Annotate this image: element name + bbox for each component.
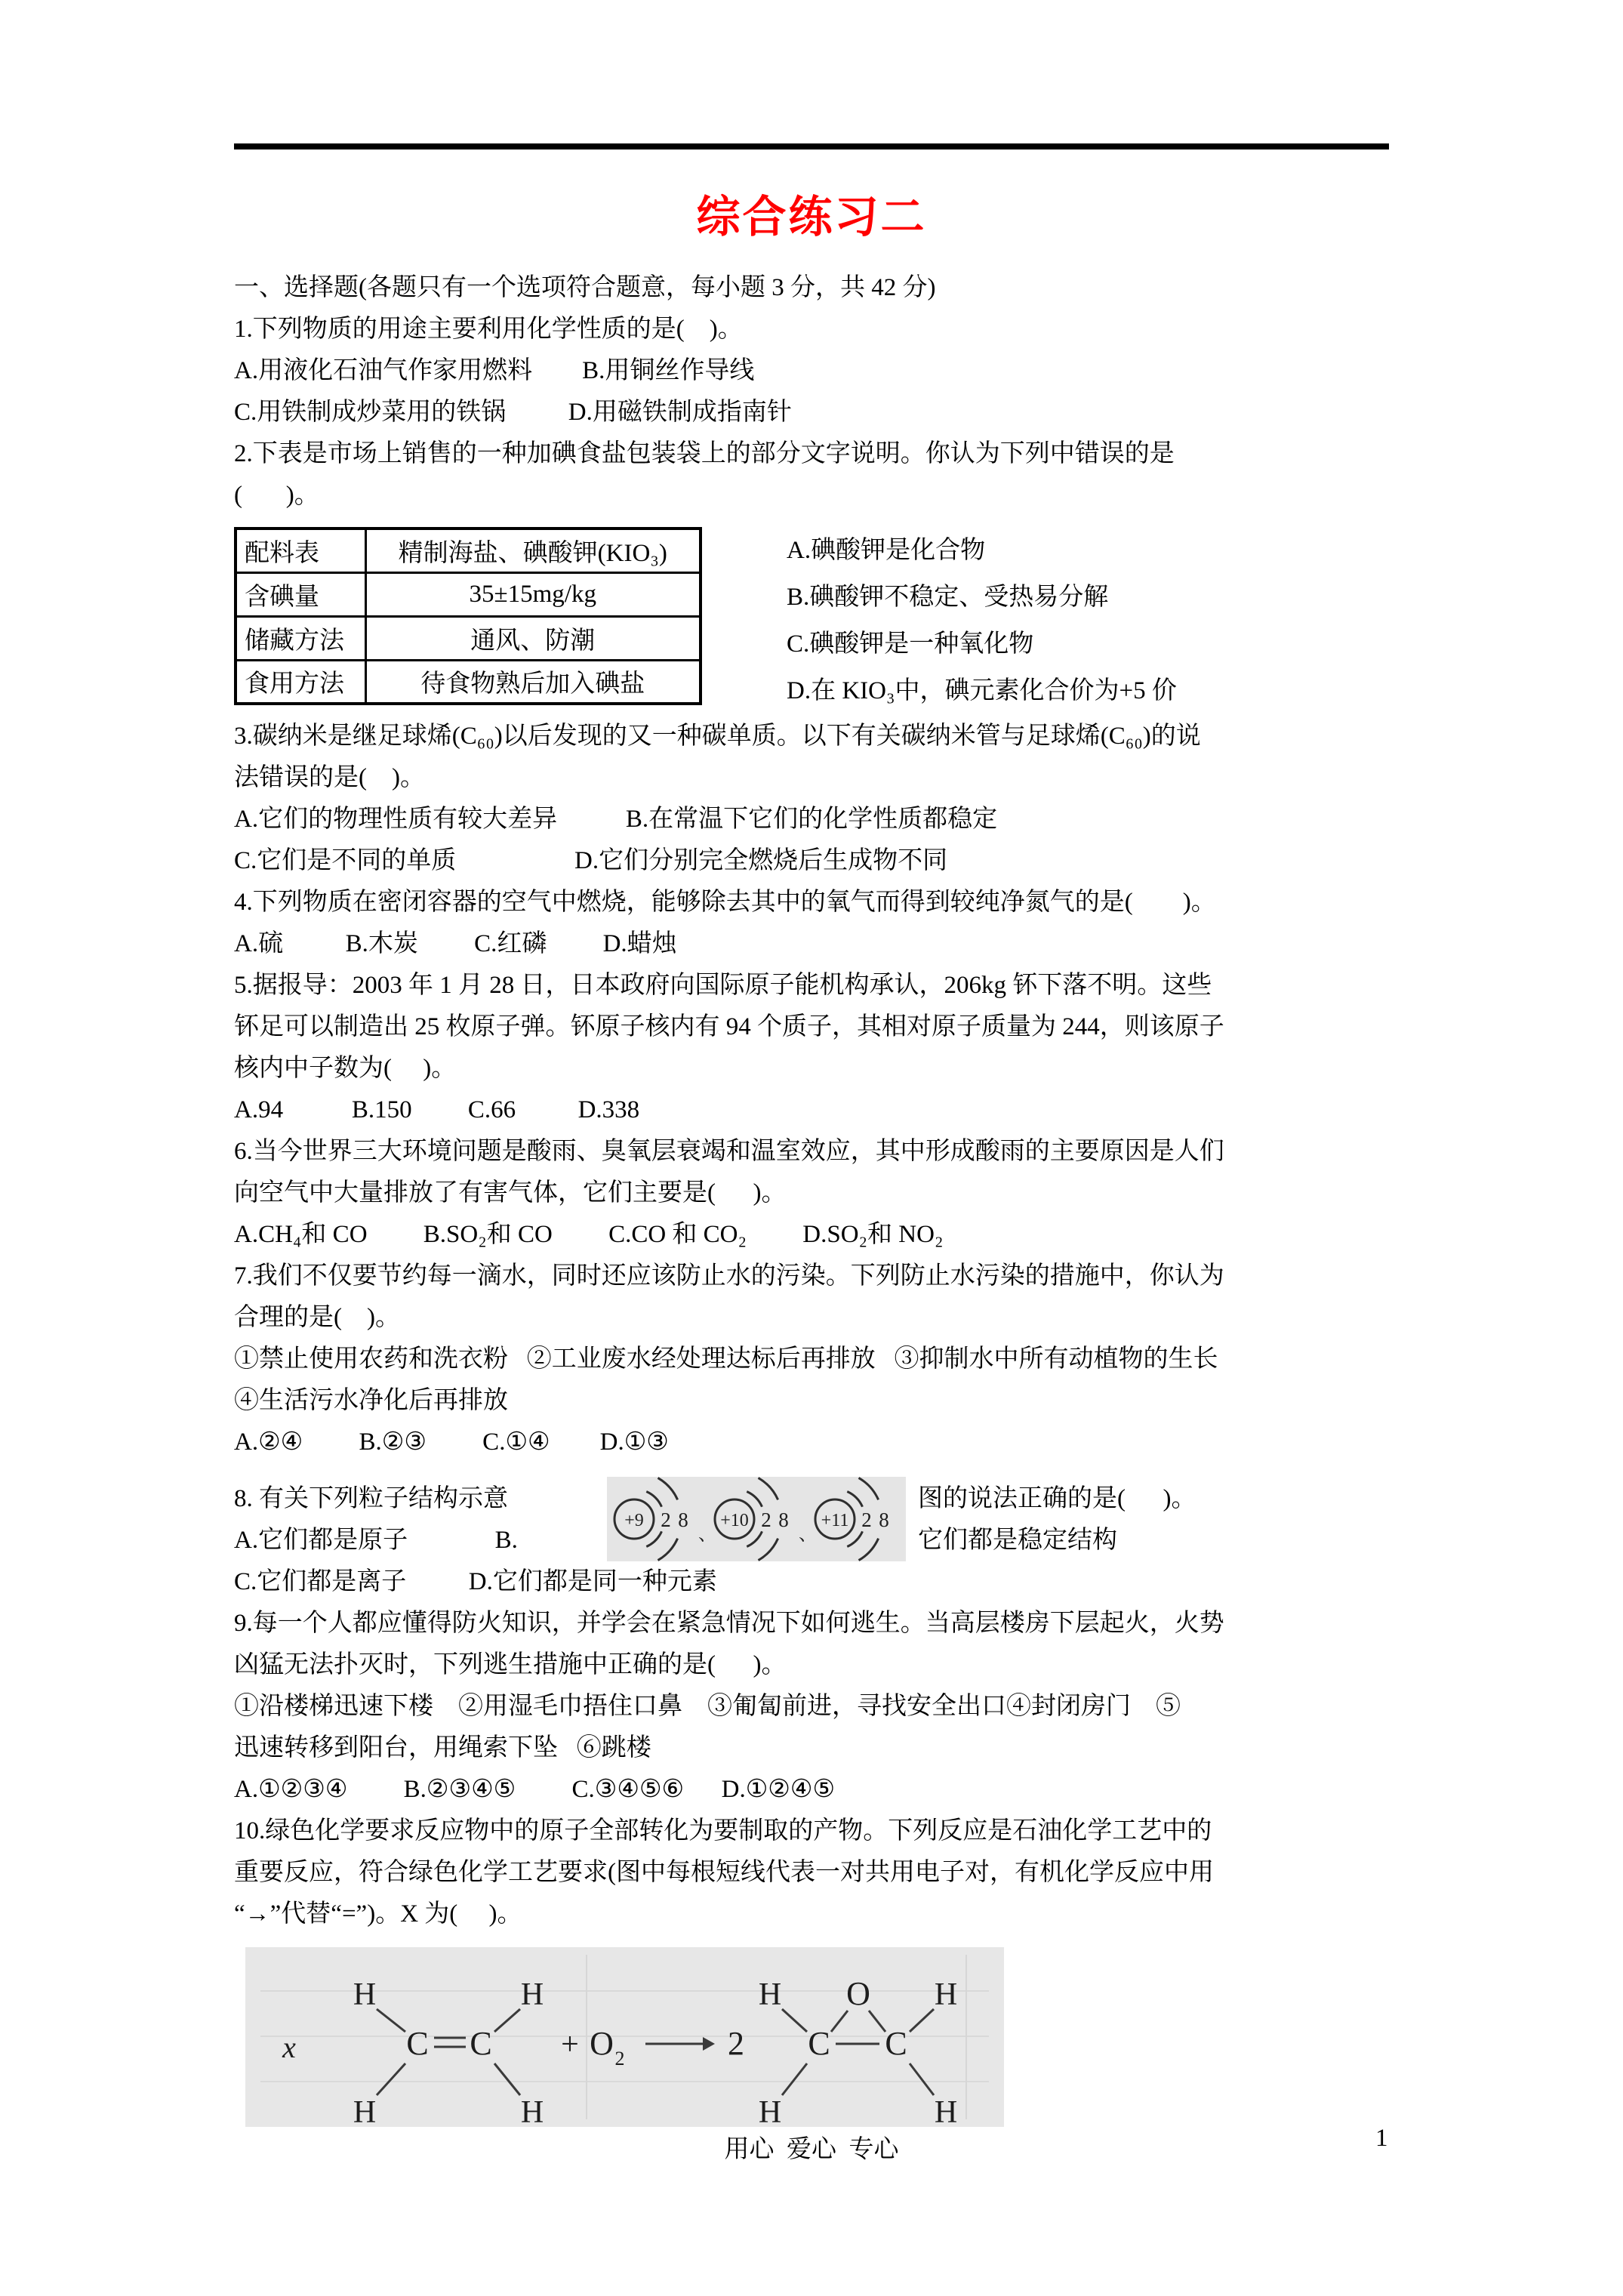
carbon-atom: C	[470, 2025, 491, 2062]
text-line: 9.每一个人都应懂得防火知识，并学会在紧急情况下如何逃生。当高层楼房下层起火，火…	[234, 1603, 1389, 1644]
table-row-value: 待食物熟后加入碘盐	[365, 660, 701, 704]
shell-arc	[759, 1478, 778, 1499]
hydrogen-atom: H	[935, 2095, 957, 2127]
text-line: ④生活污水净化后再排放	[234, 1380, 1389, 1422]
text-line: A.94 B.150 C.66 D.338	[234, 1089, 1389, 1131]
reaction-svg: xCCHHHH+O22CCOHHHH	[245, 1947, 1004, 2127]
q8-tail-text: 图的说法正确的是( )。	[918, 1478, 1196, 1520]
bond-line	[494, 2063, 520, 2095]
hydrogen-atom: H	[935, 1977, 957, 2012]
text-line: 钚足可以制造出 25 枚原子弹。钚原子核内有 94 个质子，其相对原子质量为 2…	[234, 1006, 1389, 1048]
q2-option-line: D.在 KIO₃中，碘元素化合价为+5 价	[787, 667, 1177, 714]
nucleus-charge: +11	[821, 1511, 849, 1530]
table-row-label: 食用方法	[236, 660, 365, 704]
text-line: C.用铁制成炒菜用的铁锅 D.用磁铁制成指南针	[234, 392, 1389, 433]
text-line: 核内中子数为( )。	[234, 1048, 1389, 1089]
bond-line	[831, 2011, 848, 2032]
section-questions-3-7: 3.碳纳米是继足球烯(C₆₀)以后发现的又一种碳单质。以下有关碳纳米管与足球烯(…	[234, 716, 1389, 1463]
nucleus-charge: +9	[624, 1511, 644, 1530]
carbon-atom: C	[406, 2025, 428, 2062]
shell-electron-count: 8	[778, 1509, 789, 1531]
shell-arc	[759, 1539, 778, 1561]
oxygen-subscript: 2	[615, 2048, 625, 2069]
bond-line	[782, 2009, 807, 2032]
salt-table-block: 配料表精制海盐、碘酸钾(KIO₃)含碘量35±15mg/kg储藏方法通风、防潮食…	[234, 527, 1389, 714]
bond-line	[869, 2011, 885, 2032]
particle-+9: +928	[614, 1478, 688, 1560]
shell-arc	[658, 1539, 678, 1561]
bond-line	[377, 2063, 405, 2095]
q8-option-b-text: 它们都是稳定结构	[918, 1520, 1117, 1561]
text-line: 一、选择题(各题只有一个选项符合题意，每小题 3 分，共 42 分)	[234, 267, 1389, 309]
table-row-label: 配料表	[236, 529, 365, 572]
page-number: 1	[1375, 2125, 1388, 2153]
text-line: “→”代替“=”)。X 为( )。	[234, 1894, 1389, 1935]
table-row: 储藏方法通风、防潮	[236, 616, 701, 660]
text-line: A.用液化石油气作家用燃料 B.用铜丝作导线	[234, 350, 1389, 392]
q2-option-line: B.碘酸钾不稳定、受热易分解	[787, 574, 1177, 621]
reaction-structure-diagram: xCCHHHH+O22CCOHHHH	[245, 1947, 1004, 2127]
table-row-value: 通风、防潮	[365, 616, 701, 660]
text-line: C.它们是不同的单质 D.它们分别完全燃烧后生成物不同	[234, 840, 1389, 882]
text-line: ①沿楼梯迅速下楼 ②用湿毛巾捂住口鼻 ③匍匐前进，寻找安全出口④封闭房门 ⑤	[234, 1686, 1389, 1727]
particle-+10: +1028	[715, 1478, 789, 1560]
plus-sign: +	[561, 2027, 579, 2062]
shell-arc	[859, 1478, 879, 1499]
text-line: A.②④ B.②③ C.①④ D.①③	[234, 1422, 1389, 1463]
nucleus-charge: +10	[720, 1511, 749, 1530]
shell-arc	[658, 1478, 678, 1499]
text-line: 2.下表是市场上销售的一种加碘食盐包装袋上的部分文字说明。你认为下列中错误的是	[234, 433, 1389, 475]
hydrogen-atom: H	[521, 2095, 544, 2127]
q2-option-line: C.碘酸钾是一种氧化物	[787, 621, 1177, 667]
coefficient-x: x	[282, 2030, 296, 2064]
text-line: 10.绿色化学要求反应物中的原子全部转化为要制取的产物。下列反应是石油化学工艺中…	[234, 1811, 1389, 1852]
hydrogen-atom: H	[353, 1977, 376, 2012]
shell-electron-count: 8	[879, 1509, 889, 1531]
separator-mark: 、	[799, 1525, 817, 1545]
text-line: 3.碳纳米是继足球烯(C₆₀)以后发现的又一种碳单质。以下有关碳纳米管与足球烯(…	[234, 716, 1389, 757]
text-line: A.硫 B.木炭 C.红磷 D.蜡烛	[234, 923, 1389, 965]
q2-option-line: A.碘酸钾是化合物	[787, 527, 1177, 574]
q8-option-cd-line: C.它们都是离子 D.它们都是同一种元素	[234, 1561, 1389, 1603]
text-line: 向空气中大量排放了有害气体，它们主要是( )。	[234, 1173, 1389, 1214]
text-line: 法错误的是( )。	[234, 757, 1389, 799]
text-line: ( )。	[234, 475, 1389, 516]
oxygen-atom: O	[846, 1975, 870, 2012]
q2-options: A.碘酸钾是化合物B.碘酸钾不稳定、受热易分解C.碘酸钾是一种氧化物D.在 KI…	[787, 527, 1177, 714]
shell-electron-count: 2	[661, 1509, 671, 1531]
text-line: A.它们的物理性质有较大差异 B.在常温下它们的化学性质都稳定	[234, 799, 1389, 840]
text-line: 6.当今世界三大环境问题是酸雨、臭氧层衰竭和温室效应，其中形成酸雨的主要原因是人…	[234, 1131, 1389, 1173]
hydrogen-atom: H	[353, 2095, 376, 2127]
section-questions-1-2: 一、选择题(各题只有一个选项符合题意，每小题 3 分，共 42 分)1.下列物质…	[234, 267, 1389, 516]
text-line: ①禁止使用农药和洗衣粉 ②工业废水经处理达标后再排放 ③抑制水中所有动植物的生长	[234, 1339, 1389, 1380]
table-row: 配料表精制海盐、碘酸钾(KIO₃)	[236, 529, 701, 572]
table-row-label: 储藏方法	[236, 616, 365, 660]
bond-line	[910, 2009, 934, 2032]
particle-structure-diagram: +928、+1028、+1128	[607, 1477, 906, 1561]
text-line: A.①②③④ B.②③④⑤ C.③④⑤⑥ D.①②④⑤	[234, 1769, 1389, 1811]
shell-electron-count: 2	[761, 1509, 771, 1531]
shell-arc	[859, 1539, 879, 1561]
bond-line	[782, 2063, 807, 2095]
carbon-atom: C	[885, 2025, 907, 2062]
table-row-value: 精制海盐、碘酸钾(KIO₃)	[365, 529, 701, 572]
bond-line	[910, 2063, 934, 2095]
particle-+11: +1128	[815, 1478, 889, 1560]
text-line: A.CH₄和 CO B.SO₂和 CO C.CO 和 CO₂ D.SO₂和 NO…	[234, 1214, 1389, 1256]
text-line: 重要反应，符合绿色化学工艺要求(图中每根短线代表一对共用电子对，有机化学反应中用	[234, 1852, 1389, 1894]
text-line: 1.下列物质的用途主要利用化学性质的是( )。	[234, 309, 1389, 350]
separator-mark: 、	[698, 1525, 716, 1545]
bond-line	[494, 2009, 520, 2032]
carbon-atom: C	[808, 2025, 830, 2062]
footer-motto: 用心 爱心 专心	[234, 2129, 1389, 2165]
text-line: 4.下列物质在密闭容器的空气中燃烧，能够除去其中的氧气而得到较纯净氮气的是( )…	[234, 882, 1389, 923]
document-page: 综合练习二 一、选择题(各题只有一个选项符合题意，每小题 3 分，共 42 分)…	[0, 0, 1623, 2296]
text-line: 7.我们不仅要节约每一滴水，同时还应该防止水的污染。下列防止水污染的措施中，你认…	[234, 1256, 1389, 1297]
hydrogen-atom: H	[759, 2095, 781, 2127]
text-line: 凶猛无法扑灭时，下列逃生措施中正确的是( )。	[234, 1644, 1389, 1686]
table-row: 食用方法待食物熟后加入碘盐	[236, 660, 701, 704]
product-coefficient: 2	[728, 2025, 744, 2062]
table-row: 含碘量35±15mg/kg	[236, 572, 701, 616]
document-content: 综合练习二 一、选择题(各题只有一个选项符合题意，每小题 3 分，共 42 分)…	[234, 0, 1389, 2127]
shell-electron-count: 2	[861, 1509, 872, 1531]
header-rule	[234, 143, 1389, 149]
hydrogen-atom: H	[521, 1977, 544, 2012]
hydrogen-atom: H	[759, 1977, 781, 2012]
table-row-label: 含碘量	[236, 572, 365, 616]
text-line: 合理的是( )。	[234, 1297, 1389, 1339]
reaction-arrow-head	[703, 2037, 715, 2051]
text-line: 迅速转移到阳台，用绳索下坠 ⑥跳楼	[234, 1727, 1389, 1769]
shell-electron-count: 8	[678, 1509, 688, 1531]
table-row-value: 35±15mg/kg	[365, 572, 701, 616]
oxygen-molecule: O	[590, 2025, 614, 2062]
question-8-block: 8. 有关下列粒子结构示意 A.它们都是原子 B. C.它们都是离子 D.它们都…	[234, 1478, 1389, 1603]
page-title: 综合练习二	[234, 187, 1389, 248]
section-questions-9-10: 9.每一个人都应懂得防火知识，并学会在紧急情况下如何逃生。当高层楼房下层起火，火…	[234, 1603, 1389, 1935]
text-line: 5.据报导：2003 年 1 月 28 日，日本政府向国际原子能机构承认，206…	[234, 965, 1389, 1006]
iodized-salt-table: 配料表精制海盐、碘酸钾(KIO₃)含碘量35±15mg/kg储藏方法通风、防潮食…	[234, 527, 702, 705]
bond-line	[377, 2009, 405, 2032]
particle-diagram-svg: +928、+1028、+1128	[607, 1477, 906, 1561]
